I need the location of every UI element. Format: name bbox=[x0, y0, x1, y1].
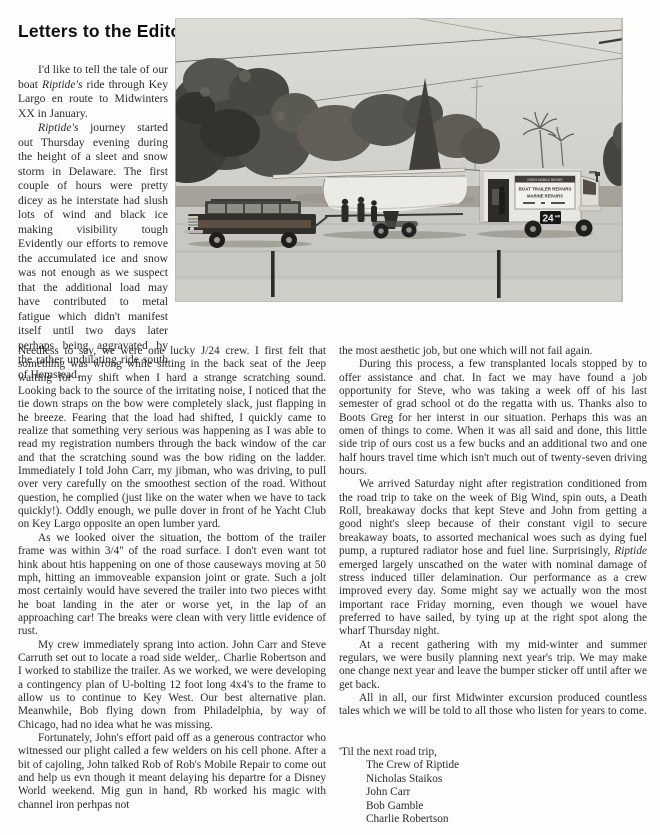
closing-line: 'Til the next road trip, bbox=[339, 746, 647, 759]
paragraph: Fortunately, John's effort paid off as a… bbox=[18, 732, 326, 812]
paragraph: the most aesthetic job, but one which wi… bbox=[339, 345, 647, 358]
paragraph: I'd like to tell the tale of our boat Ri… bbox=[18, 63, 168, 121]
paragraph: As we looked oiver the situation, the bo… bbox=[18, 532, 326, 639]
paragraph: We arrived Saturday night after registra… bbox=[339, 478, 647, 638]
page-title: Letters to the Editor bbox=[18, 21, 188, 42]
truck-sign-line2: MARINE REPAIRS bbox=[527, 194, 563, 199]
truck-sign-banner: ROB'S MOBILE REPAIR bbox=[527, 178, 563, 182]
column-right: the most aesthetic job, but one which wi… bbox=[339, 345, 647, 827]
intro-column: I'd like to tell the tale of our boat Ri… bbox=[18, 63, 168, 382]
signature-line: Bob Gamble bbox=[366, 800, 647, 814]
roadside-repair-photo: ROB'S MOBILE REPAIR BOAT TRAILER REPAIRS… bbox=[175, 18, 623, 302]
badge-24: 24 bbox=[542, 214, 554, 225]
truck-sign: ROB'S MOBILE REPAIR BOAT TRAILER REPAIRS… bbox=[515, 176, 575, 209]
signature-line: Nicholas Staikos bbox=[366, 773, 647, 787]
signature-line: Charlie Robertson bbox=[366, 813, 647, 827]
column-left: Needless to say, we were one lucky J/24 … bbox=[18, 345, 326, 827]
paragraph: All in all, our first Midwinter excursio… bbox=[339, 692, 647, 719]
signature-block: The Crew of Riptide Nicholas Staikos Joh… bbox=[366, 759, 647, 827]
signature-line: The Crew of Riptide bbox=[366, 759, 647, 773]
newsletter-page: Letters to the Editor bbox=[0, 0, 660, 835]
paragraph: During this process, a few transplanted … bbox=[339, 358, 647, 478]
paragraph: My crew immediately sprang into action. … bbox=[18, 639, 326, 732]
badge-hr: HR bbox=[555, 215, 561, 219]
badge-24hr: 24 HR bbox=[540, 211, 561, 225]
truck-sign-line1: BOAT TRAILER REPAIRS bbox=[519, 187, 572, 192]
paragraph: At a recent gathering with my mid-winter… bbox=[339, 639, 647, 692]
paragraph: Needless to say, we were one lucky J/24 … bbox=[18, 345, 326, 532]
letter-photo: ROB'S MOBILE REPAIR BOAT TRAILER REPAIRS… bbox=[175, 18, 623, 302]
body-columns: Needless to say, we were one lucky J/24 … bbox=[18, 345, 647, 827]
paragraph: Riptide's journey started out Thursday e… bbox=[18, 121, 168, 382]
signature-line: John Carr bbox=[366, 786, 647, 800]
